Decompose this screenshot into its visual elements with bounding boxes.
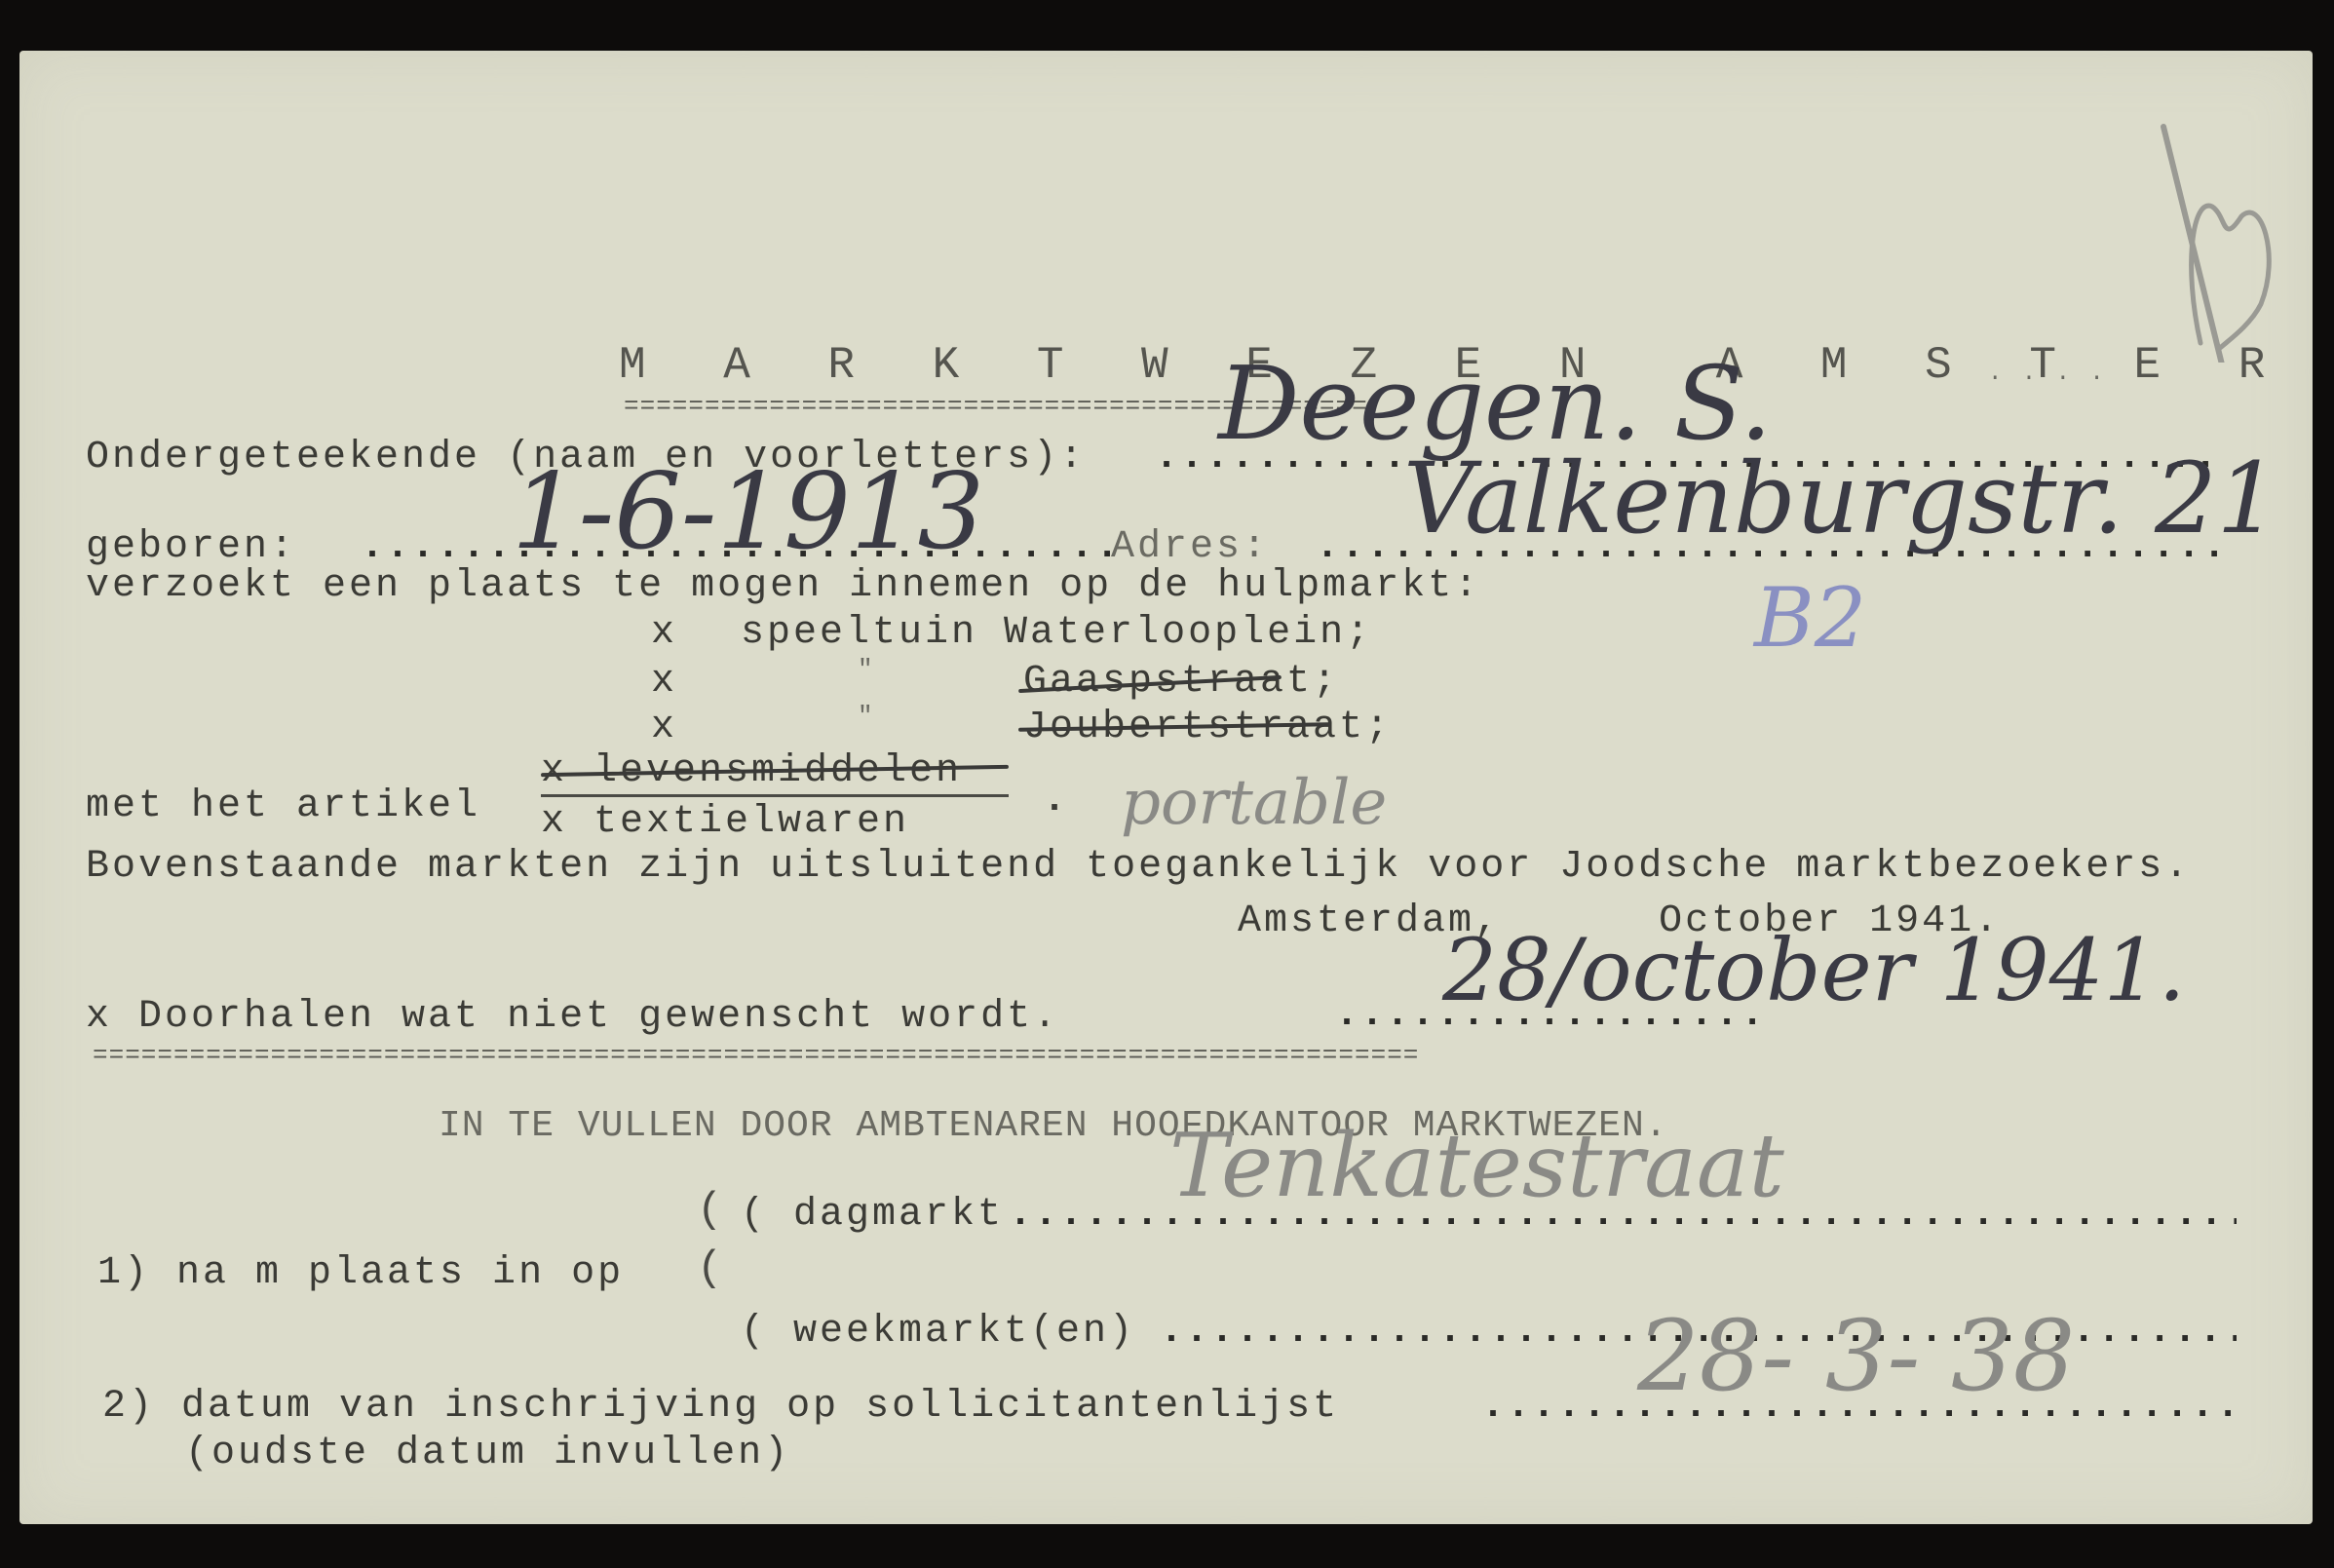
item2-sublabel: (oudste datum invullen)	[185, 1434, 790, 1473]
pencil-mark-icon	[2105, 109, 2280, 363]
born-label: geboren:	[86, 528, 296, 567]
item1-label: 1) na m plaats in op	[97, 1254, 624, 1293]
item2-label: 2) datum van inschrijving op sollicitant…	[102, 1388, 1339, 1427]
market-ditto-3: "	[858, 704, 876, 729]
date-handwritten: 28/october 1941.	[1442, 928, 2186, 1013]
request-text: verzoekt een plaats te mogen innemen op …	[86, 567, 1480, 606]
market-name-1: speeltuin Waterlooplein;	[741, 614, 1372, 653]
item1-option-dagmarkt: ( dagmarkt	[741, 1196, 1004, 1235]
market-marker-1: x	[651, 614, 677, 653]
address-handwritten: Valkenburgstr. 21	[1403, 450, 2278, 548]
blue-pencil-mark: B2	[1754, 577, 1866, 659]
article-label: met het artikel	[86, 787, 480, 826]
notice-text: Bovenstaande markten zijn uitsluitend to…	[86, 848, 2191, 887]
born-handwritten: 1-6-1913	[512, 460, 984, 565]
market-marker-3: x	[651, 708, 677, 747]
article-dot: .	[1043, 782, 1069, 821]
article-handwritten-note: portable	[1121, 772, 1387, 834]
market-marker-2: x	[651, 663, 677, 702]
address-label: Adres:	[1111, 528, 1269, 567]
market-application-card: M A R K T W E Z E N A M S T E R D A M. =…	[19, 51, 2313, 1524]
brace-middle: (	[697, 1247, 722, 1290]
dagmarkt-dotted-field[interactable]: ........................................…	[1009, 1196, 2237, 1235]
item2-handwritten-date: 28- 3- 38	[1637, 1308, 2075, 1405]
name-handwritten: Deegen. S.	[1218, 353, 1772, 454]
item1-option-weekmarkt: ( weekmarkt(en)	[741, 1313, 1135, 1352]
market-ditto-2: "	[858, 657, 876, 682]
article-option-2: x textielwaren	[541, 803, 909, 842]
faint-dots: . . . .	[1988, 363, 2107, 386]
article-fraction-bar	[541, 794, 1009, 797]
brace-top: (	[697, 1189, 722, 1232]
section-separator: ========================================…	[93, 1043, 2261, 1068]
strike-instruction: x Doorhalen wat niet gewenscht wordt.	[86, 998, 1059, 1037]
